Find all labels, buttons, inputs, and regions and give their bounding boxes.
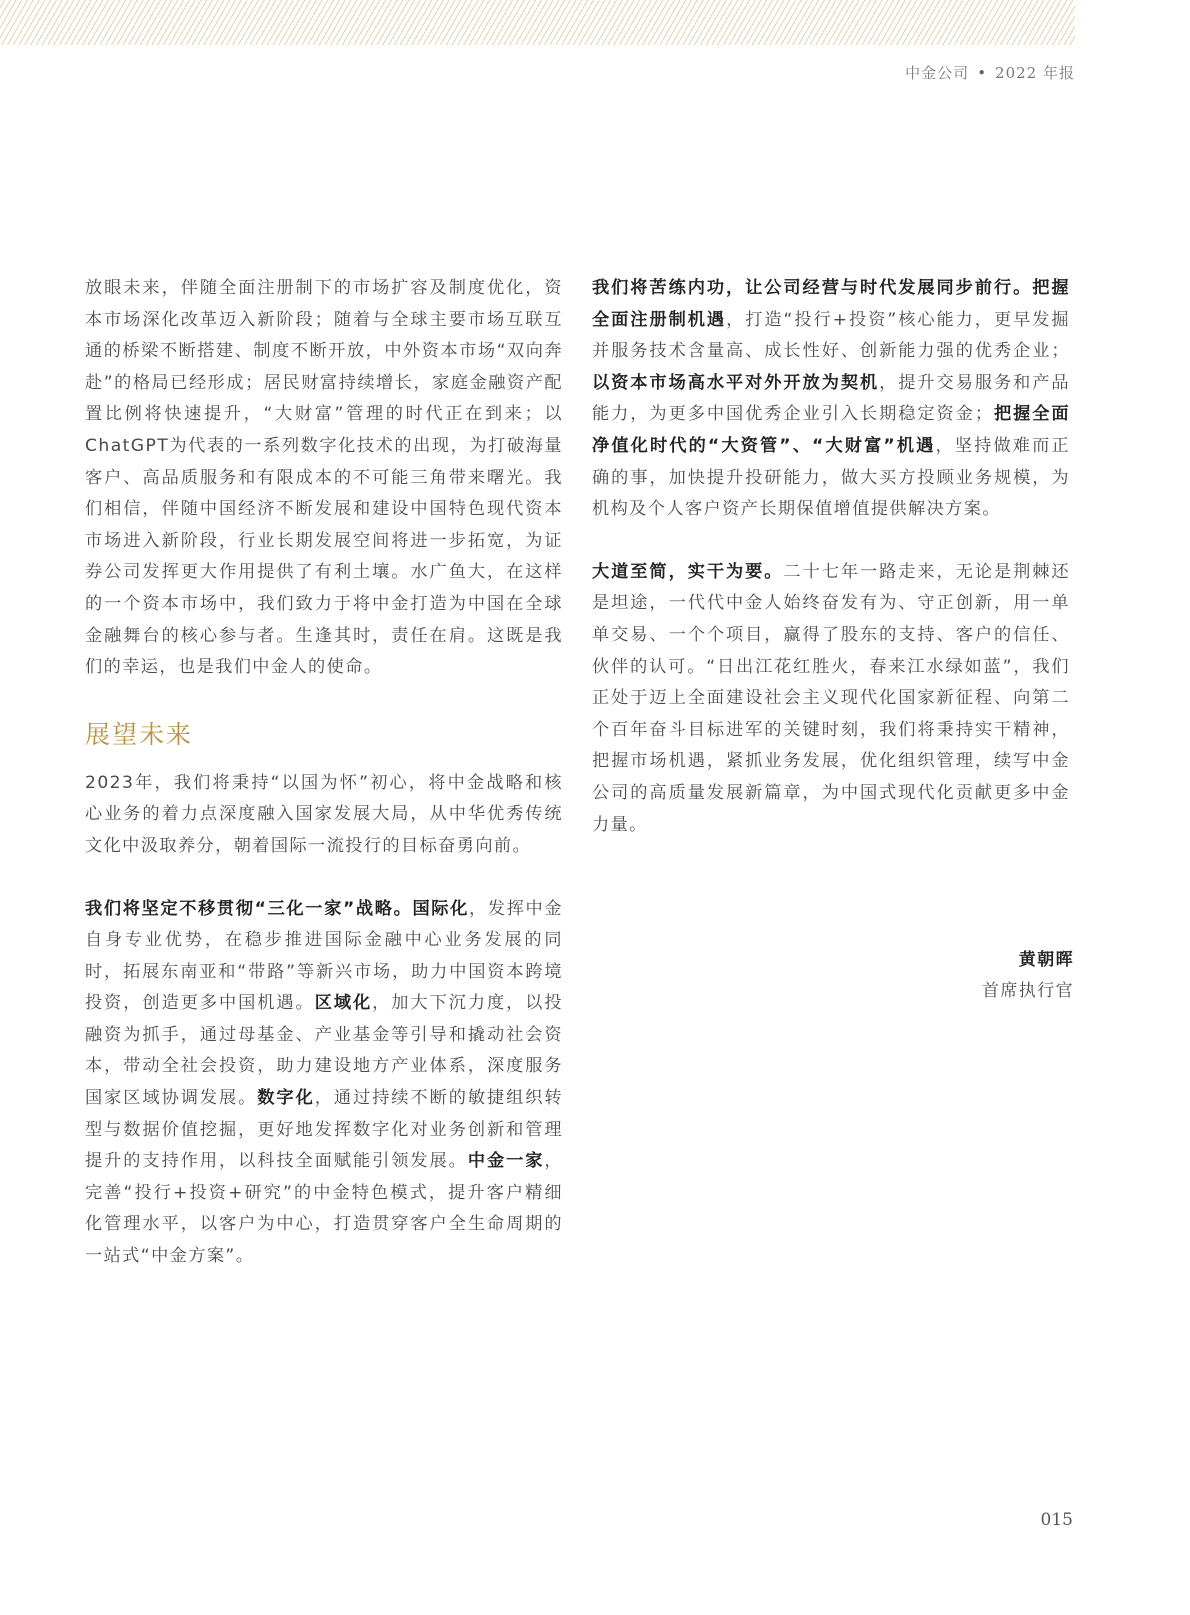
signature-block: 黄朝晖 首席执行官 xyxy=(982,945,1074,1007)
bold-phrase: 大道至简，实干为要。 xyxy=(592,562,783,582)
bold-phrase: 中金一家 xyxy=(468,1151,545,1171)
header-report: 2022 年报 xyxy=(995,64,1075,82)
left-column: 放眼未来，伴随全面注册制下的市场扩容及制度优化，资本市场深化改革迈入新阶段；随着… xyxy=(85,273,563,1273)
bold-phrase: 区域化 xyxy=(315,993,372,1013)
decorative-hatch-band xyxy=(0,0,1075,45)
paragraph-closing: 大道至简，实干为要。二十七年一路走来，无论是荆棘还是坦途，一代代中金人始终奋发有… xyxy=(592,557,1070,841)
paragraph-outlook-intro: 放眼未来，伴随全面注册制下的市场扩容及制度优化，资本市场深化改革迈入新阶段；随着… xyxy=(85,273,563,684)
signatory-name: 黄朝晖 xyxy=(982,945,1074,976)
header-separator: • xyxy=(977,64,987,82)
text-run: 二十七年一路走来，无论是荆棘还是坦途，一代代中金人始终奋发有为、守正创新，用一单… xyxy=(592,562,1070,835)
bold-phrase: 数字化 xyxy=(257,1088,314,1108)
header-company: 中金公司 xyxy=(905,64,969,82)
bold-phrase: 我们将坚定不移贯彻“三化一家”战略。国际化 xyxy=(85,899,469,919)
paragraph-strategy: 我们将坚定不移贯彻“三化一家”战略。国际化，发挥中金自身专业优势，在稳步推进国际… xyxy=(85,894,563,1273)
bold-phrase: 以资本市场高水平对外开放为契机 xyxy=(592,373,879,393)
section-title: 展望未来 xyxy=(85,720,563,750)
paragraph-2023-goals: 2023年，我们将秉持“以国为怀”初心，将中金战略和核心业务的着力点深度融入国家… xyxy=(85,768,563,863)
paragraph-internal-strength: 我们将苦练内功，让公司经营与时代发展同步前行。把握全面注册制机遇，打造“投行+投… xyxy=(592,273,1070,526)
right-column: 我们将苦练内功，让公司经营与时代发展同步前行。把握全面注册制机遇，打造“投行+投… xyxy=(592,273,1070,841)
page-number: 015 xyxy=(1041,1510,1073,1530)
running-header: 中金公司•2022 年报 xyxy=(905,62,1075,83)
signatory-title: 首席执行官 xyxy=(982,976,1074,1007)
